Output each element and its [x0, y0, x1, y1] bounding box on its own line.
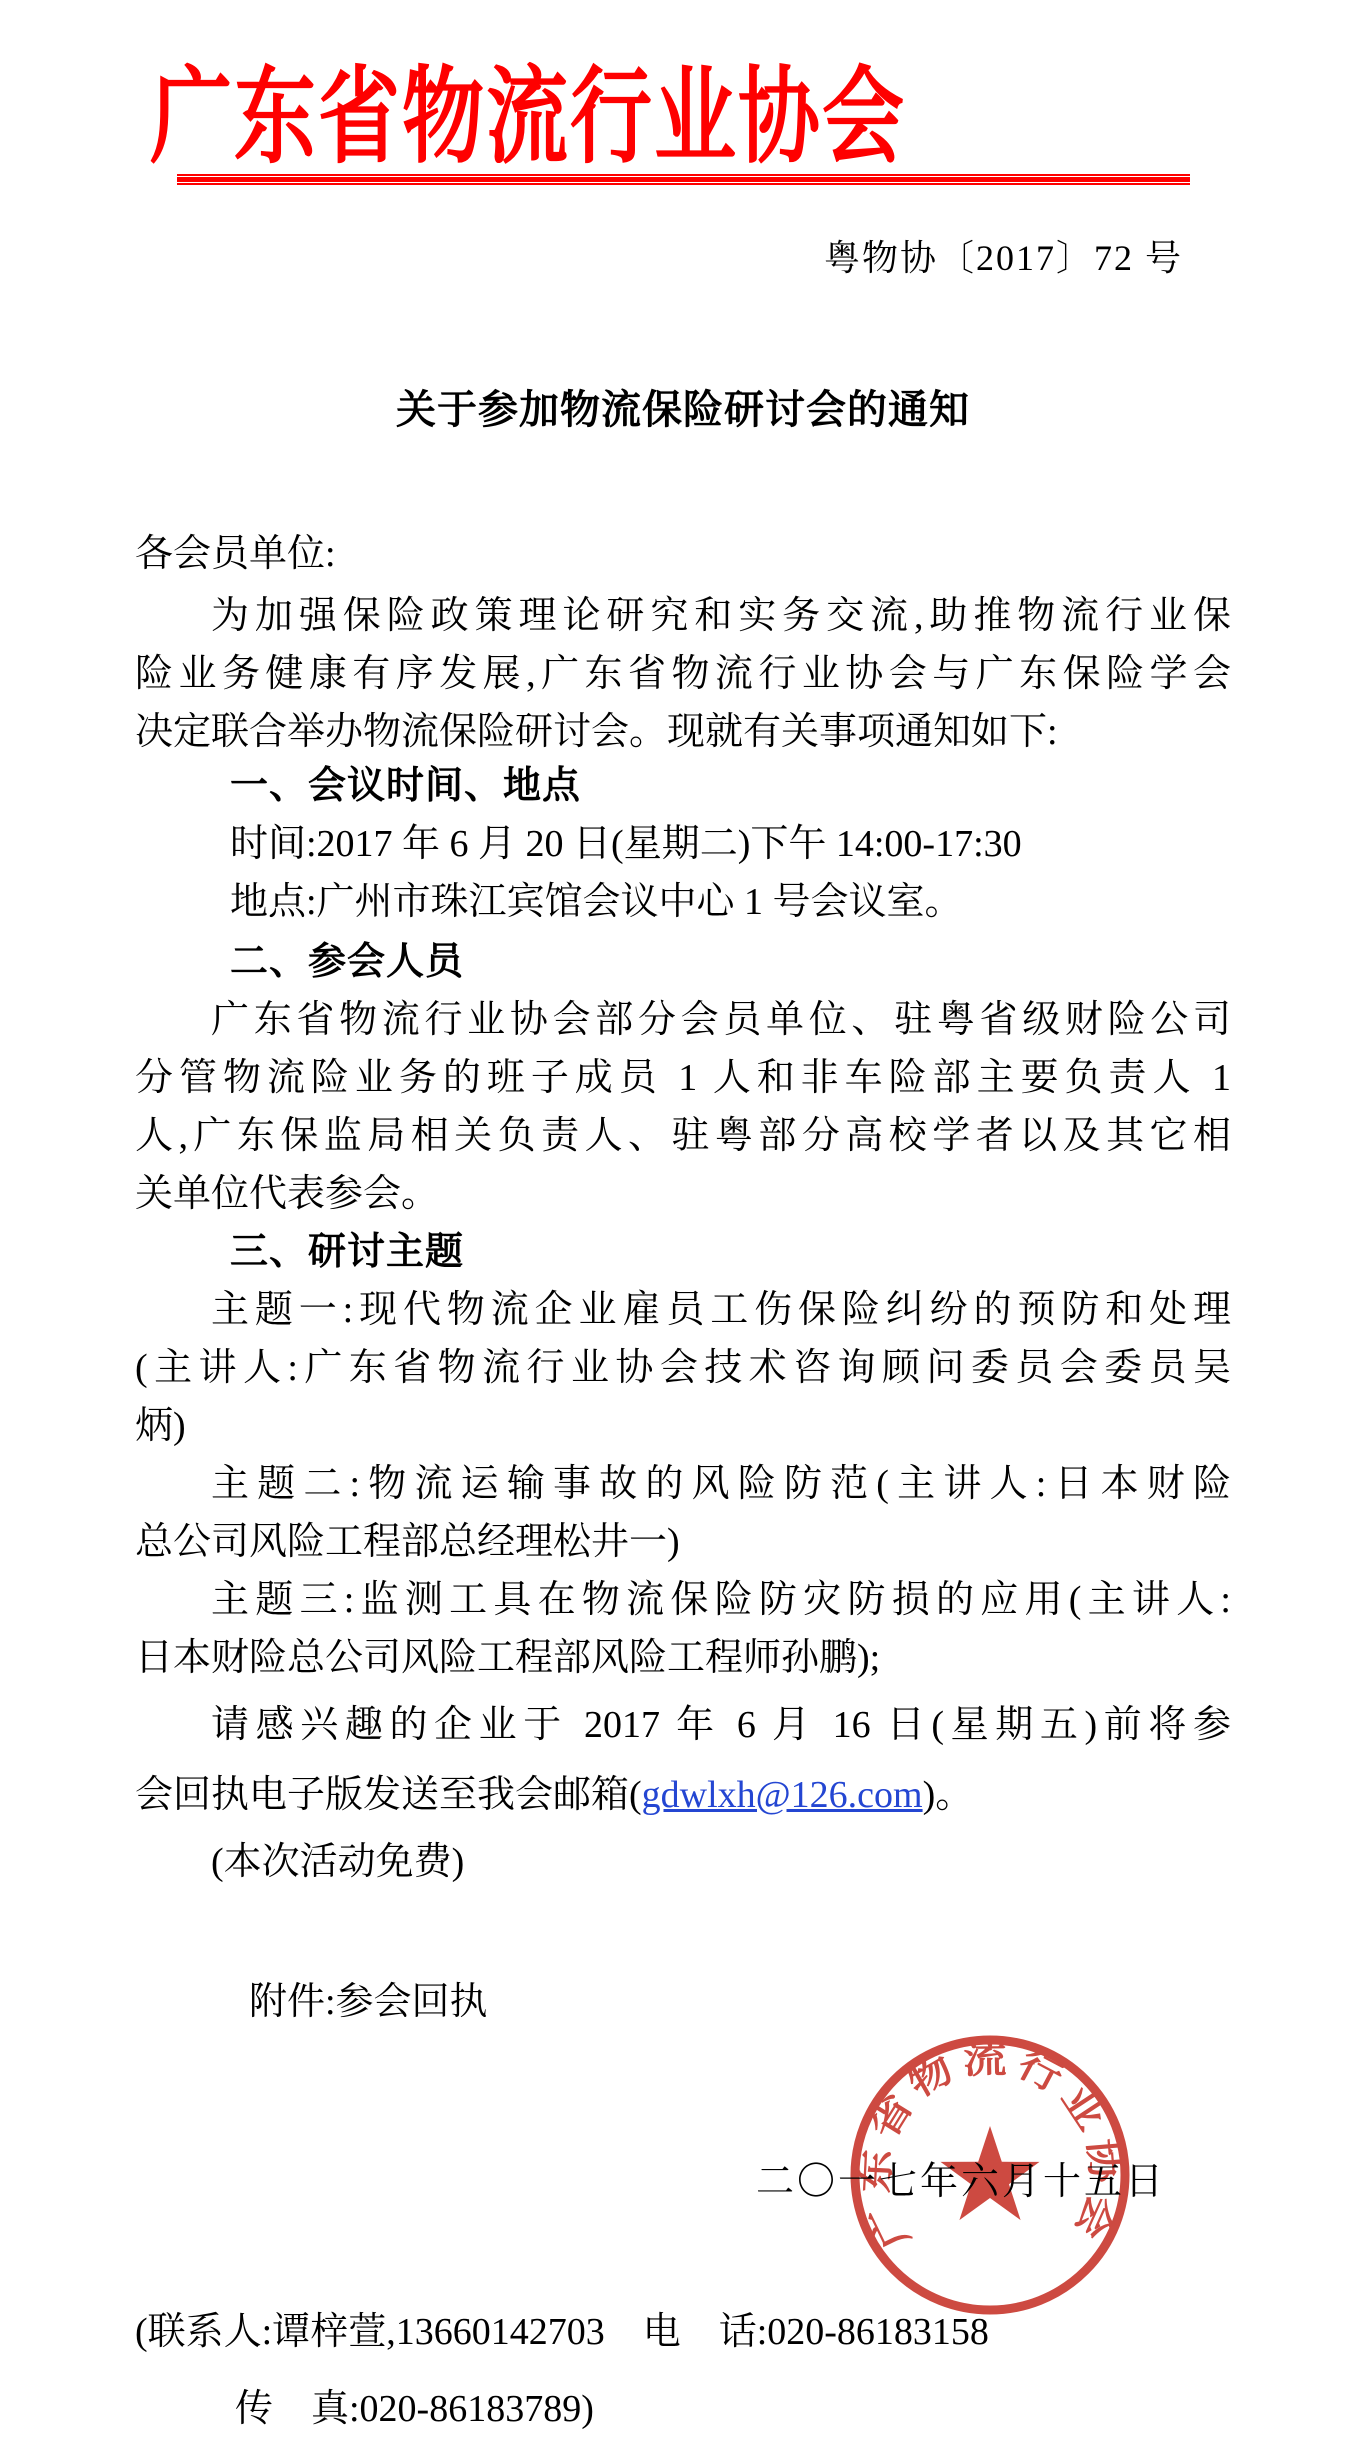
org-title: 广东省物流行业协会 — [150, 34, 906, 184]
participants-line-1: 广东省物流行业协会部分会员单位、驻粤省级财险公司 — [135, 991, 1231, 1049]
section3: 三、研讨主题 主题一:现代物流企业雇员工伤保险纠纷的预防和处理 (主讲人:广东省… — [135, 1223, 1231, 1687]
contact-line-2-block: 传 真:020-86183789) — [135, 2380, 1231, 2438]
participants-line-3: 人,广东保监局相关负责人、驻粤部分高校学者以及其它相 — [135, 1107, 1231, 1165]
invite-line-2-suffix: )。 — [923, 1774, 974, 1816]
document-page: 广东省物流行业协会 粤物协〔2017〕72 号 关于参加物流保险研讨会的通知 各… — [0, 0, 1366, 2448]
time-line: 时间:2017 年 6 月 20 日(星期二)下午 14:00-17:30 — [135, 815, 1231, 873]
section2: 二、参会人员 广东省物流行业协会部分会员单位、驻粤省级财险公司 分管物流险业务的… — [135, 933, 1231, 1223]
invite-line-2: 会回执电子版发送至我会邮箱(gdwlxh@126.com)。 — [135, 1760, 1231, 1830]
doc-number: 粤物协〔2017〕72 号 — [824, 230, 1183, 281]
topic1-line-2: (主讲人:广东省物流行业协会技术咨询顾问委员会委员吴 — [135, 1339, 1231, 1397]
venue-line: 地点:广州市珠江宾馆会议中心 1 号会议室。 — [135, 873, 1231, 931]
free-note: (本次活动免费) — [135, 1833, 1231, 1891]
salutation: 各会员单位: — [135, 525, 1231, 583]
topic2-line-2: 总公司风险工程部总经理松井一) — [135, 1513, 1231, 1571]
section1: 一、会议时间、地点 时间:2017 年 6 月 20 日(星期二)下午 14:0… — [135, 757, 1231, 931]
intro-line-1: 为加强保险政策理论研究和实务交流,助推物流行业保 — [135, 587, 1231, 645]
intro-line-2: 险业务健康有序发展,广东省物流行业协会与广东保险学会 — [135, 645, 1231, 703]
invite-paragraph: 请感兴趣的企业于 2017 年 6 月 16 日(星期五)前将参 会回执电子版发… — [135, 1690, 1231, 1830]
intro-line-3: 决定联合举办物流保险研讨会。现就有关事项通知如下: — [135, 703, 1231, 761]
topic1-line-1: 主题一:现代物流企业雇员工伤保险纠纷的预防和处理 — [135, 1281, 1231, 1339]
participants-line-2: 分管物流险业务的班子成员 1 人和非车险部主要负责人 1 — [135, 1049, 1231, 1107]
notice-title: 关于参加物流保险研讨会的通知 — [135, 378, 1231, 435]
invite-line-1: 请感兴趣的企业于 2017 年 6 月 16 日(星期五)前将参 — [135, 1690, 1231, 1760]
section2-heading: 二、参会人员 — [135, 933, 1231, 991]
section3-heading: 三、研讨主题 — [135, 1223, 1231, 1281]
free-note-block: (本次活动免费) — [135, 1833, 1231, 1891]
issue-date: 二〇一七年六月十五日 — [756, 2153, 1166, 2211]
topic3-line-2: 日本财险总公司风险工程部风险工程师孙鹏); — [135, 1629, 1231, 1687]
email-link[interactable]: gdwlxh@126.com — [642, 1774, 923, 1816]
topic2-line-1: 主题二:物流运输事故的风险防范(主讲人:日本财险 — [135, 1455, 1231, 1513]
intro-paragraph: 为加强保险政策理论研究和实务交流,助推物流行业保 险业务健康有序发展,广东省物流… — [135, 587, 1231, 761]
attachment-block: 附件:参会回执 — [135, 1973, 1231, 2031]
section1-heading: 一、会议时间、地点 — [135, 757, 1231, 815]
invite-line-2-prefix: 会回执电子版发送至我会邮箱( — [135, 1774, 642, 1816]
attachment-note: 附件:参会回执 — [135, 1973, 1231, 2031]
topic1-line-3: 炳) — [135, 1397, 1231, 1455]
header-rule — [177, 174, 1190, 185]
topic3-line-1: 主题三:监测工具在物流保险防灾防损的应用(主讲人: — [135, 1571, 1231, 1629]
salutation-block: 各会员单位: — [135, 525, 1231, 583]
participants-line-4: 关单位代表参会。 — [135, 1165, 1231, 1223]
contact-line-2: 传 真:020-86183789) — [135, 2380, 1231, 2438]
